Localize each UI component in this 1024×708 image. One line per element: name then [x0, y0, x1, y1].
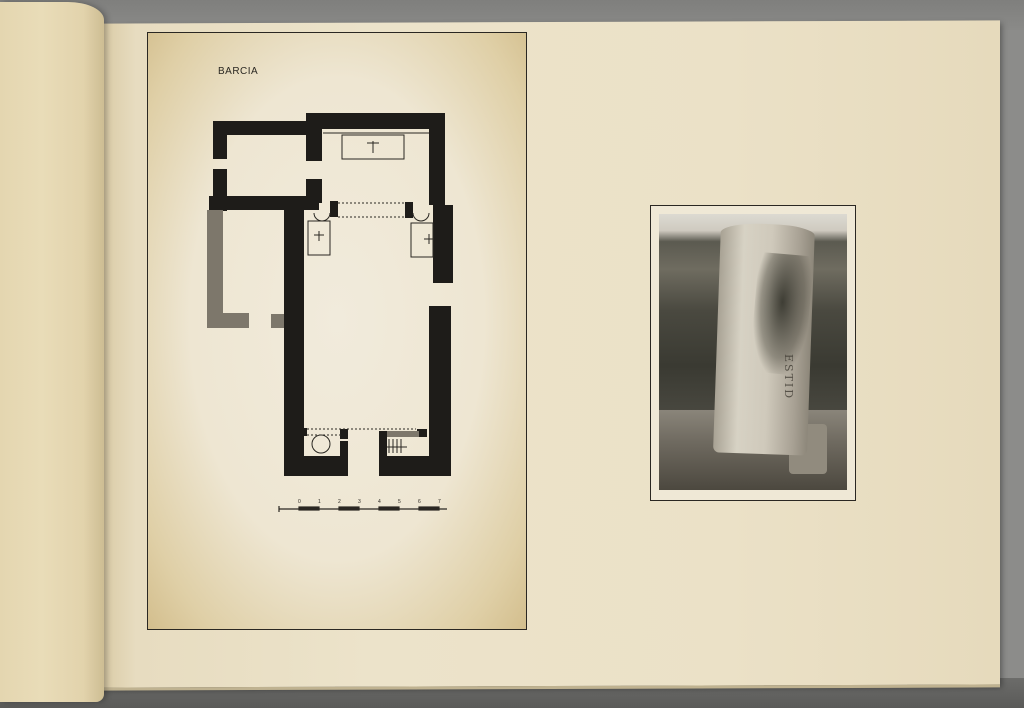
- scale-tick: 6: [418, 499, 421, 505]
- scale-tick: 2: [338, 499, 341, 505]
- scale-tick: 7: [438, 499, 441, 505]
- scale-tick: 1: [318, 499, 321, 505]
- photo-mount: ESTID: [650, 205, 856, 501]
- milestone-photo: ESTID: [659, 214, 847, 490]
- floor-plan-drawing: 0 1 2 3 4 5 6 7: [148, 33, 528, 631]
- scale-tick: 5: [398, 499, 401, 505]
- curled-page-fold: [0, 2, 104, 702]
- floor-plan-sheet: BARCIA: [147, 32, 527, 630]
- photo-inscription: ESTID: [765, 354, 795, 454]
- scale-tick: 3: [358, 499, 361, 505]
- scale-tick: 4: [378, 499, 381, 505]
- scale-tick: 0: [298, 499, 301, 505]
